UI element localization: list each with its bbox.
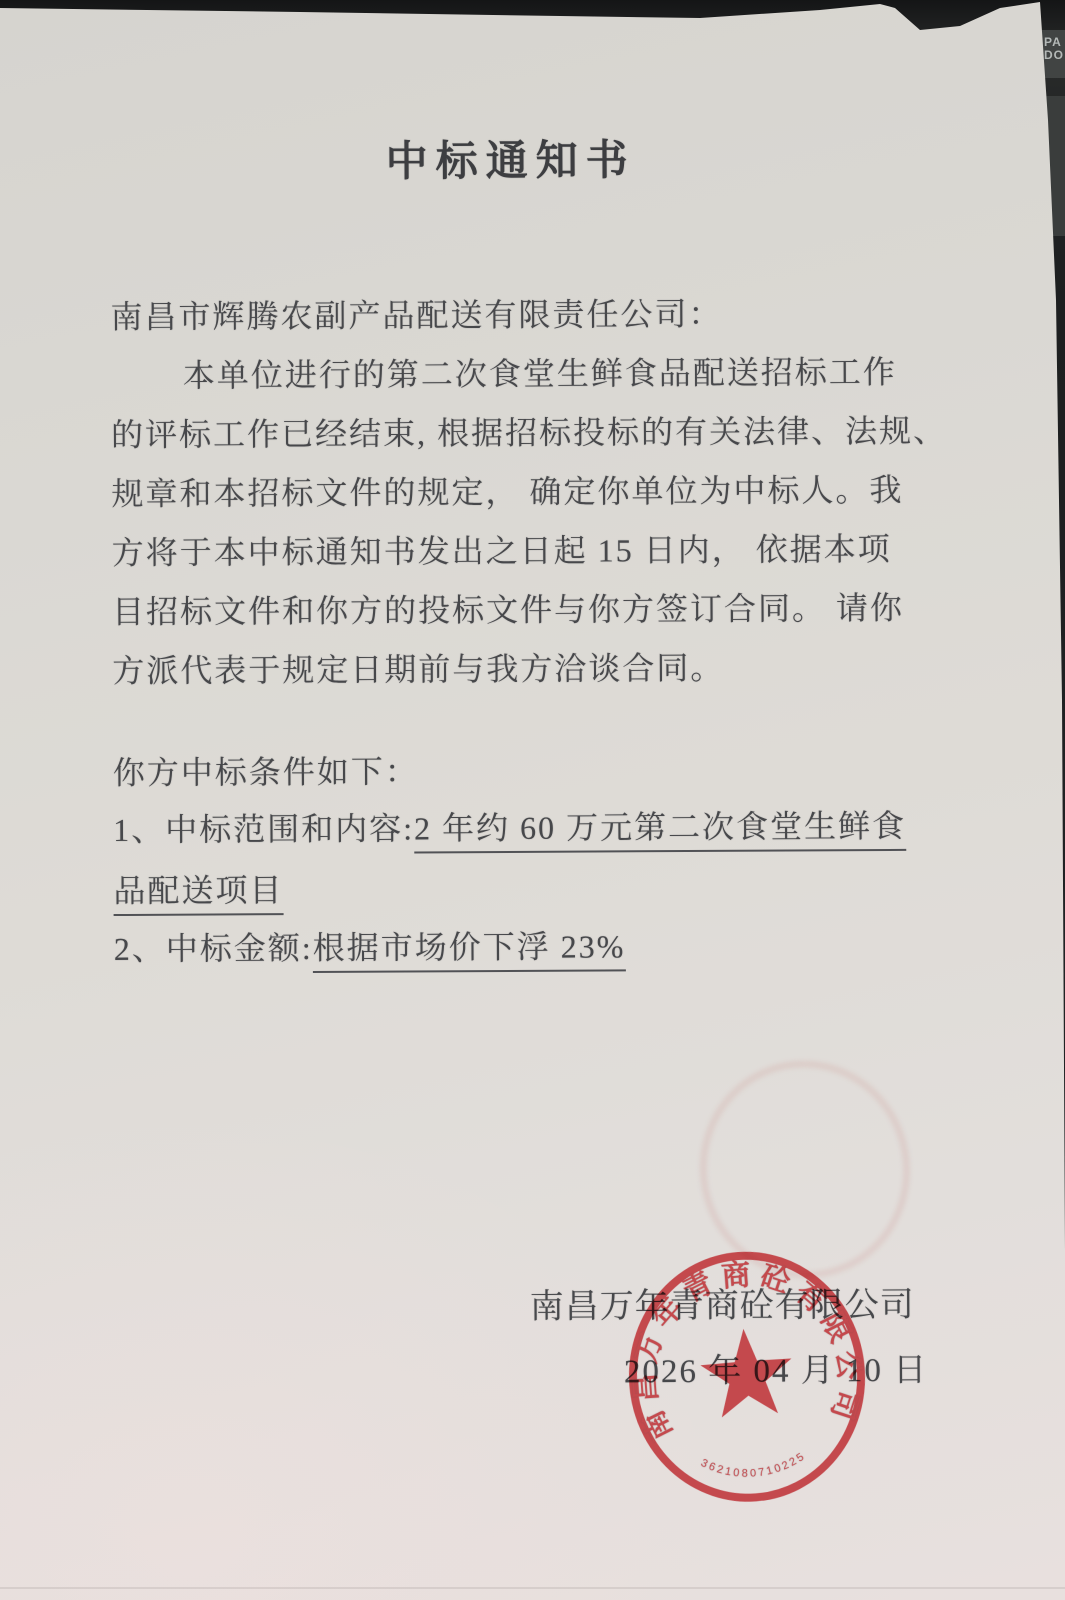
condition-1-line-1: 1、中标范围和内容:2 年约 60 万元第二次食堂生鲜食 xyxy=(113,801,906,851)
conditions-heading: 你方中标条件如下： xyxy=(113,746,419,794)
body-line: 的评标工作已经结束, 根据招标投标的有关法律、法规、 xyxy=(111,406,947,456)
condition-2-value: 根据市场价下浮 23% xyxy=(313,928,626,973)
photo-frame: PA DO 中标通知书 南昌市辉腾农副产品配送有限责任公司： 本单位进行的第二次… xyxy=(0,0,1065,1600)
recipient-line: 南昌市辉腾农副产品配送有限责任公司： xyxy=(110,289,722,338)
seal-code-text: 3621080710225 xyxy=(698,1449,809,1483)
seal-code-textpath: 3621080710225 xyxy=(698,1449,809,1483)
condition-2-line: 2、中标金额:根据市场价下浮 23% xyxy=(114,921,626,970)
condition-1-line-2: 品配送项目 xyxy=(113,865,283,912)
condition-1-value: 2 年约 60 万元第二次食堂生鲜食 xyxy=(414,808,906,854)
star-icon xyxy=(698,1325,796,1418)
body-line: 本单位进行的第二次食堂生鲜食品配送招标工作 xyxy=(111,347,897,397)
document-paper: 中标通知书 南昌市辉腾农副产品配送有限责任公司： 本单位进行的第二次食堂生鲜食品… xyxy=(0,0,1065,1600)
company-seal: 南昌万年青商砼有限公司 3621080710225 xyxy=(612,1236,881,1518)
condition-1-prefix: 1、中标范围和内容: xyxy=(113,810,414,848)
body-line: 方派代表于规定日期前与我方洽谈合同。 xyxy=(112,643,724,692)
body-line: 方将于本中标通知书发出之日起 15 日内， 依据本项 xyxy=(112,524,892,574)
keyboard-key-label: DO xyxy=(1044,49,1065,62)
document-content: 中标通知书 南昌市辉腾农副产品配送有限责任公司： 本单位进行的第二次食堂生鲜食品… xyxy=(0,0,1065,1600)
condition-2-prefix: 2、中标金额: xyxy=(114,930,313,967)
body-line: 规章和本招标文件的规定， 确定你单位为中标人。我 xyxy=(111,465,903,515)
condition-1-value-continued: 品配送项目 xyxy=(113,872,283,916)
body-line: 目招标文件和你方的投标文件与你方签订合同。 请你 xyxy=(112,583,904,633)
document-title: 中标通知书 xyxy=(0,125,1017,190)
